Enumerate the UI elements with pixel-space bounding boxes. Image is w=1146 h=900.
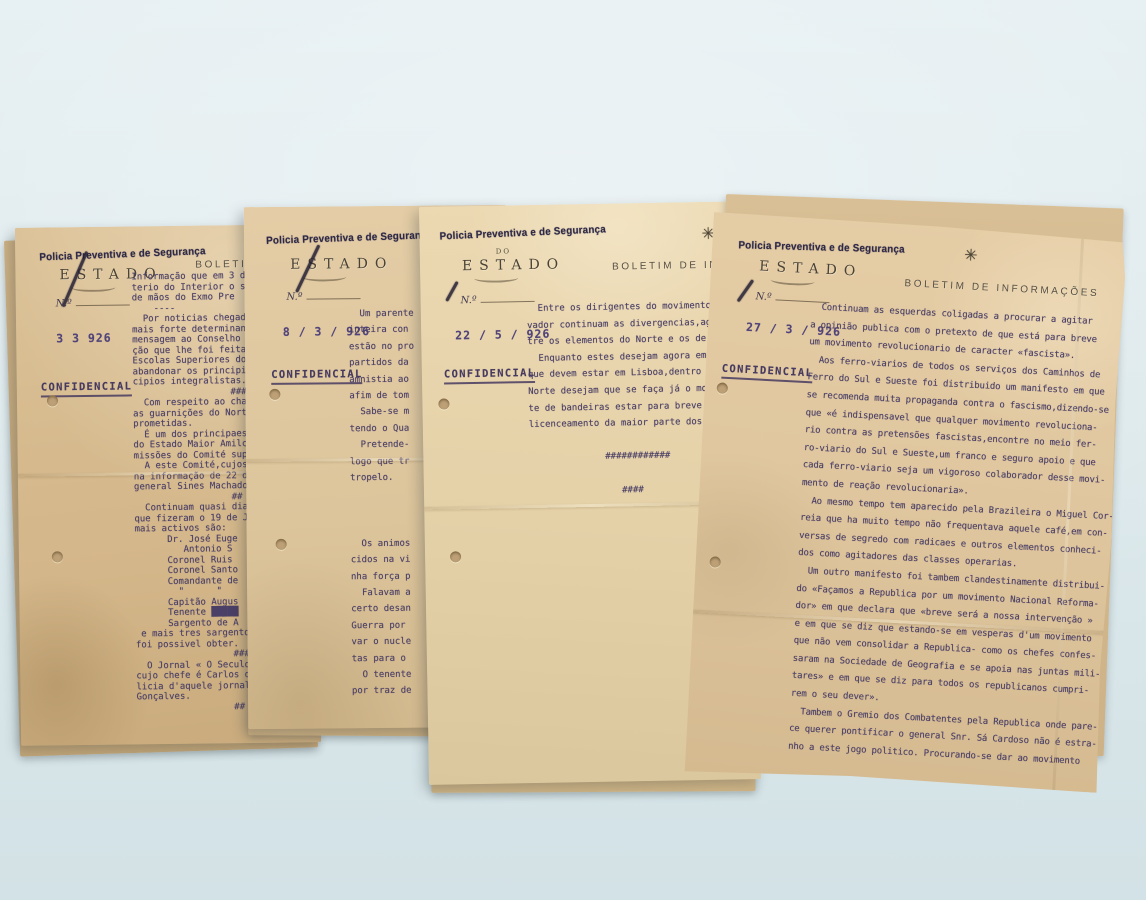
numero-label: N.º (461, 295, 477, 306)
punch-hole (276, 539, 287, 550)
agency-stamp: Policia Preventiva e de Segurança (39, 245, 206, 263)
numero-blank-line (76, 296, 130, 306)
punch-hole (47, 395, 58, 406)
numero-field: N.º (461, 293, 535, 306)
pen-mark (737, 279, 754, 302)
numero-field: N.º (56, 296, 130, 309)
punch-hole (709, 556, 721, 568)
punch-hole (450, 551, 461, 562)
confidential-stamp: CONFIDENCIAL (721, 363, 813, 384)
numero-label: N.º (56, 298, 72, 309)
estado-flourish (72, 283, 116, 293)
document-bulletin-27-3-926: Policia Preventiva e de Segurança ESTADO… (685, 212, 1128, 793)
crest-icon: ✳ (964, 245, 978, 265)
agency-stamp: Policia Preventiva e de Segurança (266, 229, 433, 247)
numero-label: N.º (286, 292, 302, 303)
estado-letterhead: ESTADO (462, 256, 565, 274)
agency-stamp: Policia Preventiva e de Segurança (738, 239, 905, 255)
punch-hole (717, 382, 729, 394)
pen-mark (445, 281, 458, 302)
punch-hole (269, 389, 280, 400)
confidential-stamp: CONFIDENCIAL (444, 367, 536, 385)
photo-backdrop: Policia Preventiva e de Segurança ESTADO… (0, 0, 1146, 900)
boletim-header: BOLETIM DE INFORMAÇÕES (904, 278, 1099, 299)
do-label: DO (496, 247, 511, 255)
estado-flourish (302, 272, 346, 281)
numero-label: N.º (755, 291, 772, 303)
numero-blank-line (306, 290, 360, 299)
boletim-header: BOLETI (195, 259, 246, 271)
estado-flourish (474, 273, 518, 283)
punch-hole (52, 551, 63, 562)
punch-hole (438, 398, 449, 409)
agency-stamp: Policia Preventiva e de Segurança (439, 223, 606, 242)
date-stamp: 3 3 926 (56, 331, 112, 346)
numero-field: N.º (286, 290, 360, 303)
